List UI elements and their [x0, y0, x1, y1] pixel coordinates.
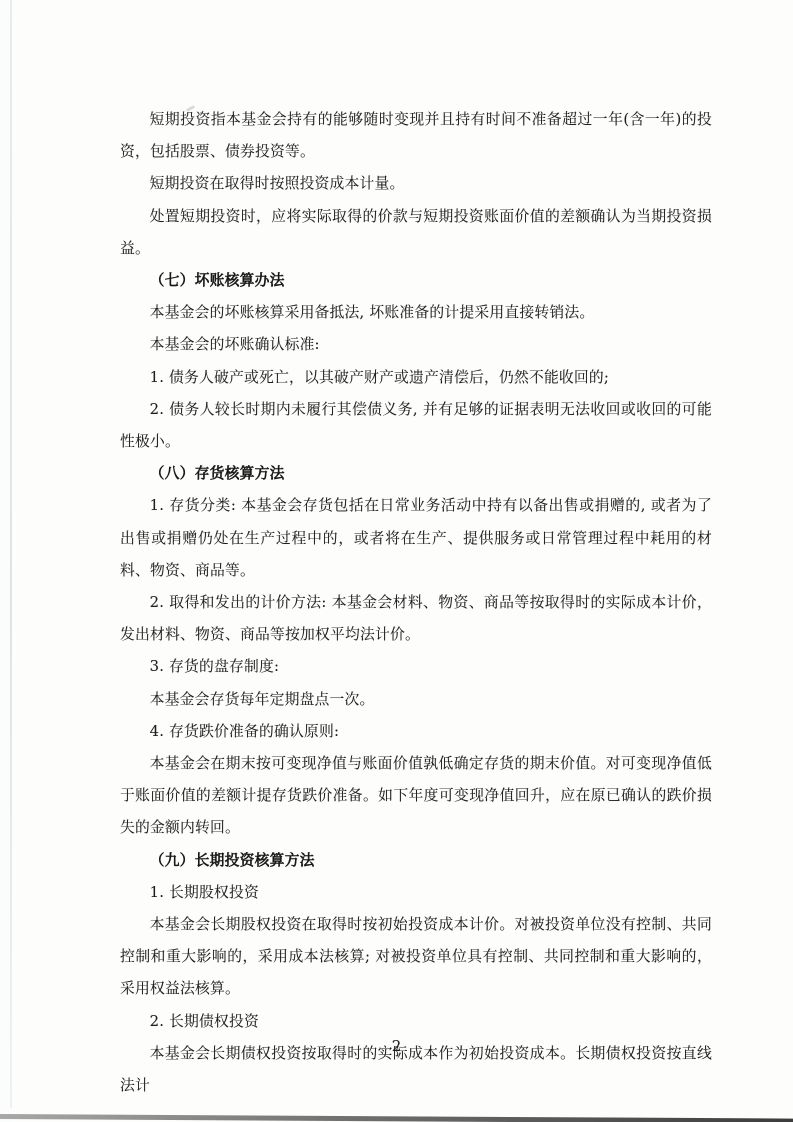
- paragraph-inventory-count-frequency: 本基金会存货每年定期盘点一次。: [120, 684, 712, 716]
- scan-bottom-edge-band: [0, 1114, 793, 1122]
- section-heading-long-term-investment: （九）长期投资核算方法: [120, 845, 712, 877]
- paragraph-long-term-equity-title: 1. 长期股权投资: [120, 877, 712, 909]
- paragraph-inventory-count-system: 3. 存货的盘存制度:: [120, 651, 712, 683]
- paragraph-bad-debt-criteria-intro: 本基金会的坏账确认标准:: [120, 329, 712, 361]
- paragraph-long-term-debt-title: 2. 长期债权投资: [120, 1006, 712, 1038]
- scanned-document-page: 短期投资指本基金会持有的能够随时变现并且持有时间不准备超过一年(含一年)的投资，…: [0, 0, 793, 1122]
- paragraph-inventory-classification: 1. 存货分类: 本基金会存货包括在日常业务活动中持有以备出售或捐赠的, 或者为…: [120, 490, 712, 587]
- paragraph-inventory-writedown-rule: 本基金会在期末按可变现净值与账面价值孰低确定存货的期末价值。对可变现净值低于账面…: [120, 748, 712, 845]
- paragraph-inventory-valuation: 2. 取得和发出的计价方法: 本基金会材料、物资、商品等按取得时的实际成本计价，…: [120, 587, 712, 651]
- paragraph-bad-debt-criterion-2: 2. 债务人较长时期内未履行其偿债义务, 并有足够的证据表明无法收回或收回的可能…: [120, 394, 712, 458]
- paragraph-short-term-disposal: 处置短期投资时，应将实际取得的价款与短期投资账面价值的差额确认为当期投资损益。: [120, 201, 712, 265]
- section-heading-bad-debt: （七）坏账核算办法: [120, 265, 712, 297]
- paragraph-bad-debt-criterion-1: 1. 债务人破产或死亡，以其破产财产或遗产清偿后，仍然不能收回的;: [120, 362, 712, 394]
- paragraph-bad-debt-method: 本基金会的坏账核算采用备抵法, 坏账准备的计提采用直接转销法。: [120, 297, 712, 329]
- paragraph-short-term-measurement: 短期投资在取得时按照投资成本计量。: [120, 168, 712, 200]
- scan-left-edge-strip: [0, 0, 10, 1122]
- paragraph-inventory-writedown-title: 4. 存货跌价准备的确认原则:: [120, 716, 712, 748]
- paragraph-short-term-investment-def: 短期投资指本基金会持有的能够随时变现并且持有时间不准备超过一年(含一年)的投资，…: [120, 104, 712, 168]
- scan-left-edge-line: [10, 0, 12, 1108]
- document-body: 短期投资指本基金会持有的能够随时变现并且持有时间不准备超过一年(含一年)的投资，…: [120, 104, 712, 1102]
- section-heading-inventory: （八）存货核算方法: [120, 458, 712, 490]
- page-number: 2: [0, 1036, 793, 1056]
- paragraph-long-term-equity-rule: 本基金会长期股权投资在取得时按初始投资成本计价。对被投资单位没有控制、共同控制和…: [120, 909, 712, 1006]
